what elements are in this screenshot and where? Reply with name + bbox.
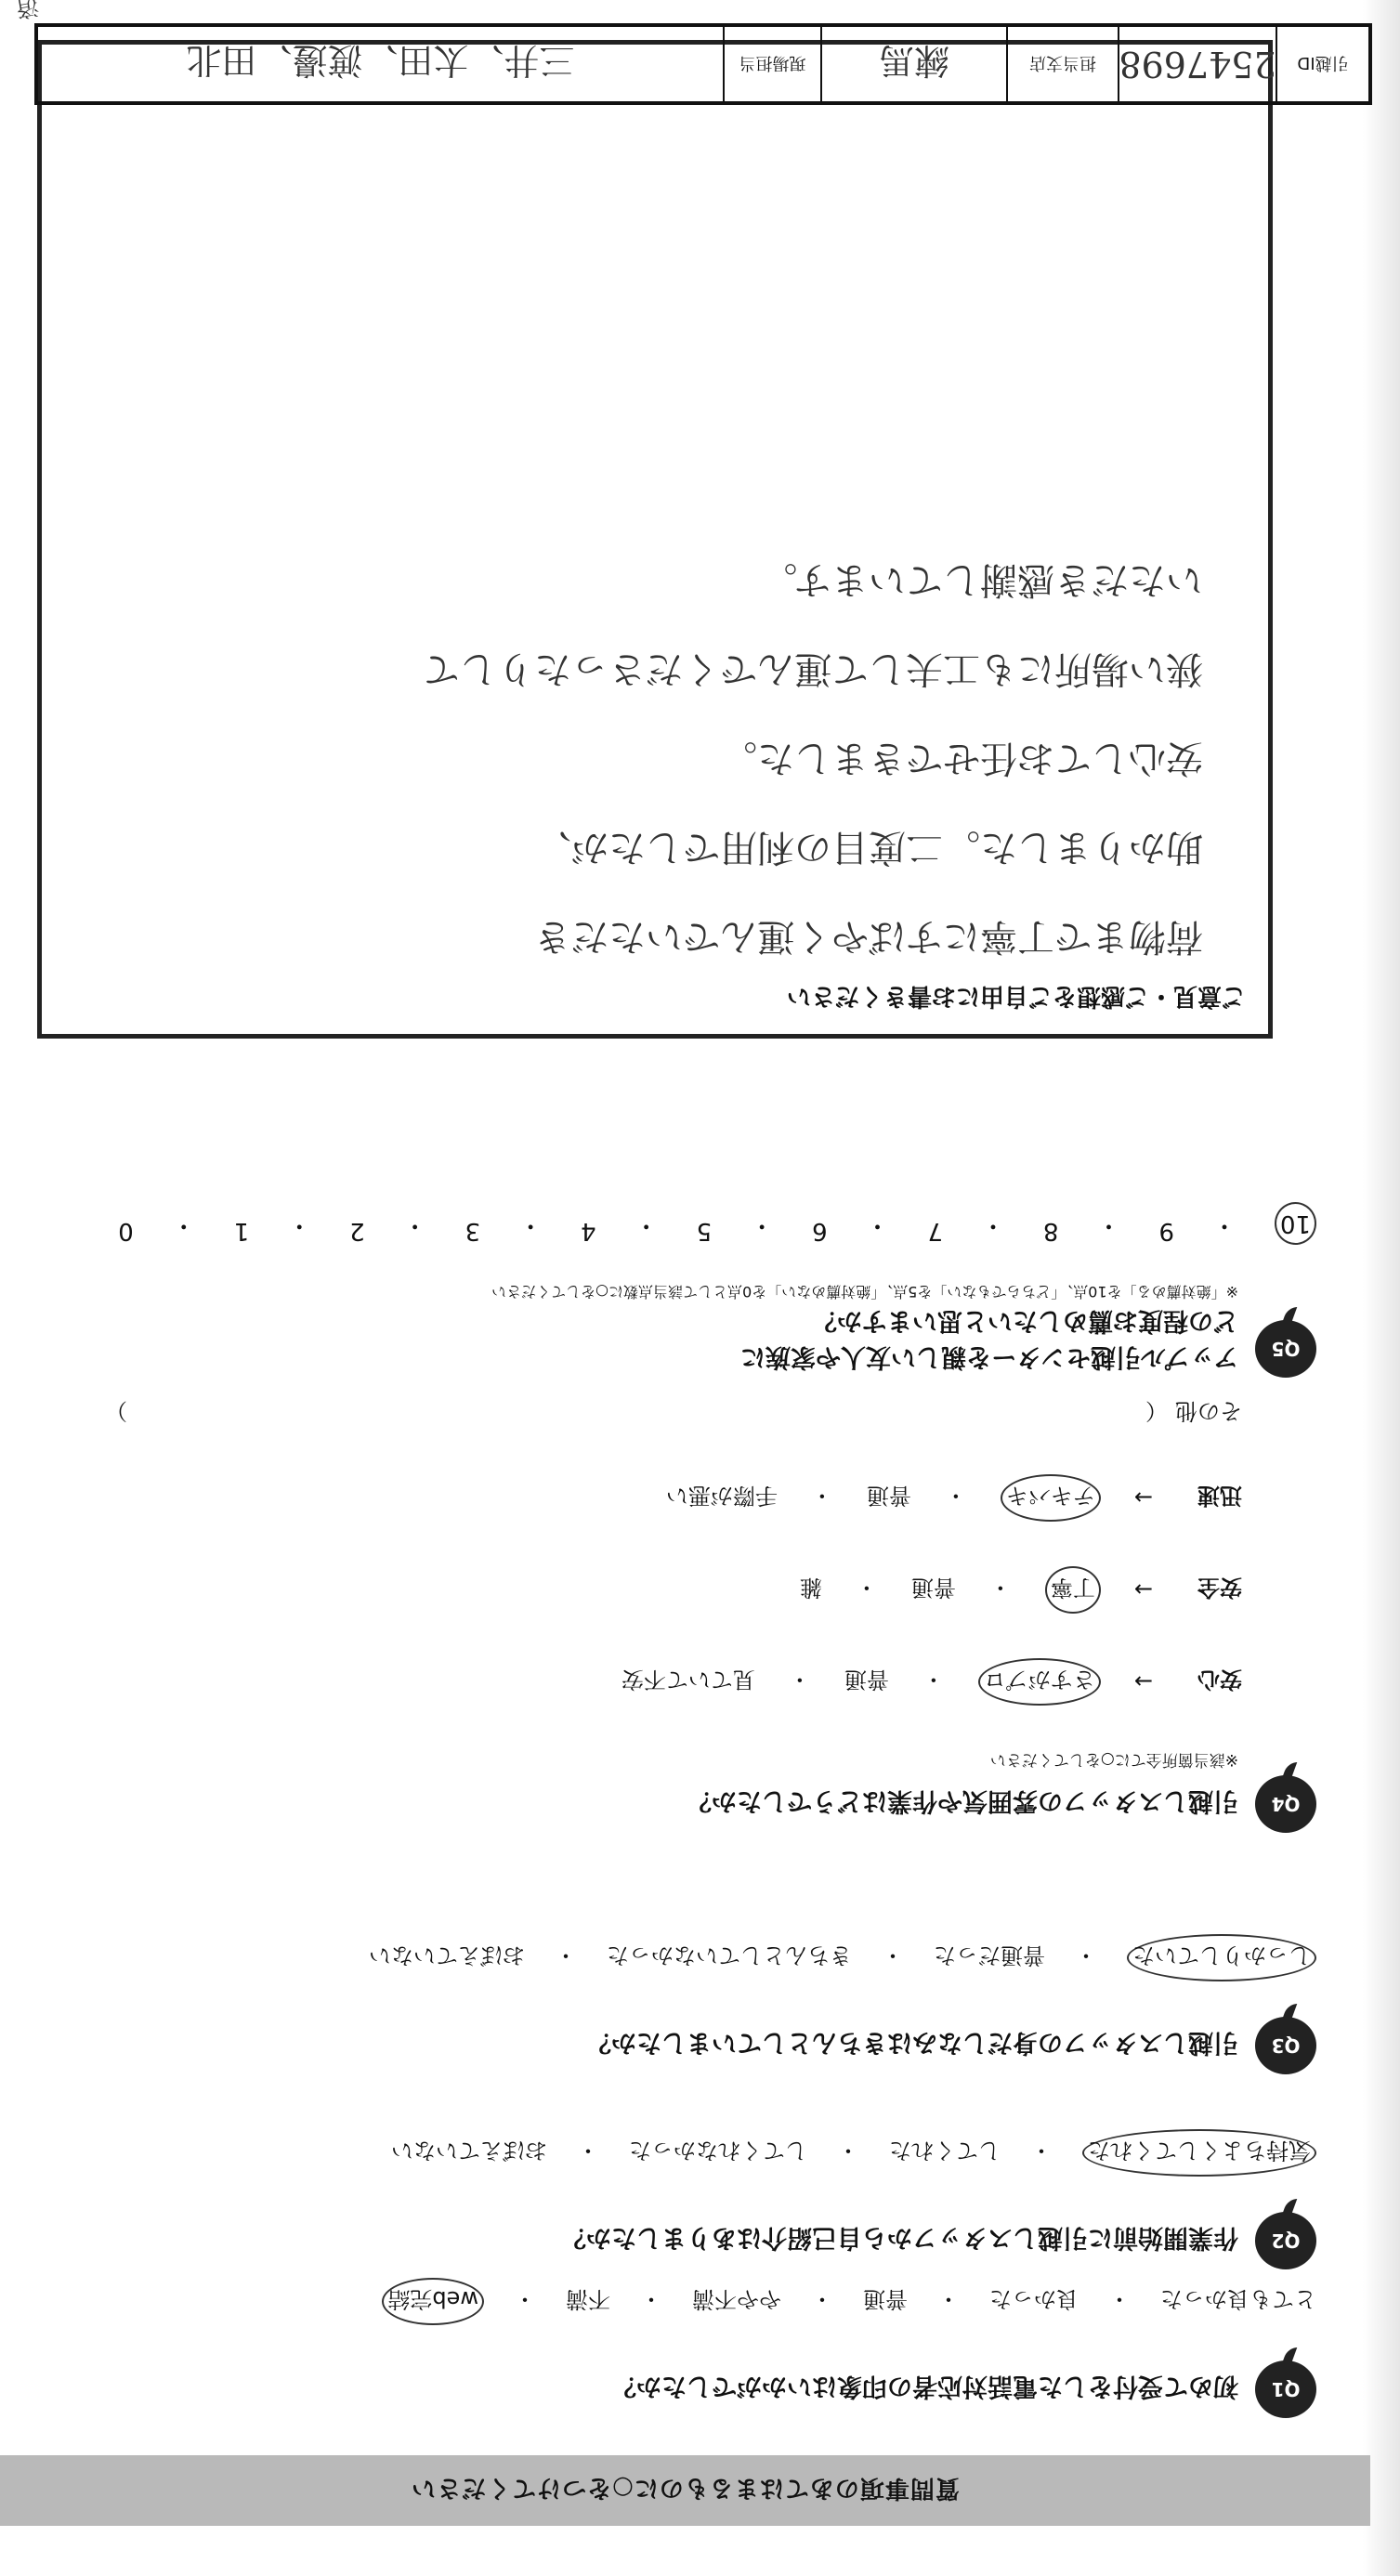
q4-badge-icon: Q4 [1255,1775,1316,1833]
q4-row-jinsoku: 迅速 → テキパキ・ 普通・ 手際が悪い [72,1474,1242,1522]
q5-note: ※「絶対薦める」を10点、「どちらでもない」を5点、「絶対薦めない」を0点として… [72,1282,1238,1303]
q2-text: 作業開始前に引越しスタッフから自己紹介はありましたか？ [561,2223,1238,2259]
q4-option[interactable]: 普通 [867,1482,911,1514]
q1-option[interactable]: 不満 [566,2285,610,2318]
q4-option-selected[interactable]: さすがプロ [978,1658,1101,1706]
q4-row-anshin: 安心 → さすがプロ・ 普通・ 見ていて不安 [72,1658,1242,1706]
q2-option[interactable]: してくれた [889,2137,1001,2169]
q5-score-selected[interactable]: 10 [1275,1202,1316,1245]
q3-option-selected[interactable]: しっかりしていた [1127,1934,1316,1981]
branch-label: 担当支店 [1006,27,1118,101]
comment-handwriting: 荷物まで丁寧にすばやく運んでいただき 助かりました。二度目の利用でしたが、 安心… [42,535,1268,981]
q3-option[interactable]: おぼえていない [369,1942,525,1974]
q4-option[interactable]: 普通 [911,1574,956,1606]
q5-score[interactable]: 4 [581,1202,596,1245]
q5-score[interactable]: 7 [928,1202,944,1245]
question-4: Q4 引越しスタッフの雰囲気や作業はどうでしたか？ ※該当箇所全てに○をしてくだ… [72,1397,1316,1833]
comment-box[interactable]: ご意見・ご感想をご自由にお書きください 荷物まで丁寧にすばやく運んでいただき 助… [37,40,1273,1039]
scan-edge [1363,0,1400,2576]
q2-option-selected[interactable]: 気持ちよくしてくれた [1082,2129,1316,2177]
q1-text: 初めて受付をした電話対応者の印象はいかがでしたか？ [611,2372,1238,2408]
q4-text: 引越しスタッフの雰囲気や作業はどうでしたか？ [687,1786,1238,1823]
q3-option[interactable]: 普通だった [934,1942,1045,1974]
staff-label: 現場担当 [723,27,820,101]
question-1: Q1 初めて受付をした電話対応者の印象はいかがでしたか？ とても良かった・ 良か… [72,2278,1316,2418]
q1-option[interactable]: とても良かった [1160,2285,1316,2318]
survey-sheet: 質問事項のあてはまるものに○をつけてください Q1 初めて受付をした電話対応者の… [0,0,1400,2576]
q3-text: 引越しスタッフの身だしなみはきちんとしていましたか？ [586,2028,1238,2064]
q3-badge-icon: Q3 [1255,2017,1316,2074]
q4-option[interactable]: 普通 [844,1666,889,1698]
q5-score[interactable]: 8 [1043,1202,1059,1245]
q4-option-selected[interactable]: 丁寧 [1045,1566,1101,1614]
q1-option[interactable]: 良かった [989,2285,1079,2318]
branch-value[interactable]: 練馬 [820,27,1006,101]
q5-badge-icon: Q5 [1255,1320,1316,1378]
q1-option[interactable]: やや不満 [692,2285,781,2318]
q5-score[interactable]: 3 [465,1202,481,1245]
question-2: Q2 作業開始前に引越しスタッフから自己紹介はありましたか？ 気持ちよくしてくれ… [72,2129,1316,2269]
q4-option-selected[interactable]: テキパキ [1001,1474,1101,1522]
q2-options: 気持ちよくしてくれた・ してくれた・ してくれなかった・ おぼえていない [72,2129,1316,2177]
q5-score[interactable]: 9 [1158,1202,1174,1245]
q5-score[interactable]: 2 [349,1202,365,1245]
q5-score[interactable]: 1 [234,1202,250,1245]
q1-badge-icon: Q1 [1255,2360,1316,2418]
instruction-band: 質問事項のあてはまるものに○をつけてください [0,2455,1370,2526]
comment-title: ご意見・ご感想をご自由にお書きください [42,981,1268,1034]
q4-note: ※該当箇所全てに○をしてください [72,1750,1238,1773]
q5-score[interactable]: 5 [697,1202,713,1245]
q2-badge-icon: Q2 [1255,2212,1316,2269]
q2-option[interactable]: おぼえていない [391,2137,547,2169]
q1-option[interactable]: 普通 [863,2285,908,2318]
q1-option-selected[interactable]: web完結 [382,2278,484,2325]
q3-options: しっかりしていた・ 普通だった・ きちんとしていなかった・ おぼえていない [72,1934,1316,1981]
staff-value[interactable]: 三井、太田、渡邊、田北 [38,27,723,101]
q4-other: その他 （ ） [72,1397,1242,1430]
question-5: Q5 アップル引越センターを親しい友人や家族に どの程度お薦めしたいと思いますか… [72,1202,1316,1378]
q2-option[interactable]: してくれなかった [629,2137,807,2169]
id-value[interactable]: 2547698 [1118,27,1276,101]
q4-row-anzen: 安全 → 丁寧・ 普通・ 雑 [72,1566,1242,1614]
q5-score[interactable]: 6 [812,1202,828,1245]
corner-scribble: 済 [14,0,42,28]
q1-options: とても良かった・ 良かった・ 普通・ やや不満・ 不満・ web完結 [72,2278,1316,2325]
question-3: Q3 引越しスタッフの身だしなみはきちんとしていましたか？ しっかりしていた・ … [72,1934,1316,2074]
q5-scale: 10・ 9・ 8・ 7・ 6・ 5・ 4・ 3・ 2・ 1・ 0 [118,1202,1316,1245]
header-table: 引越ID 2547698 担当支店 練馬 現場担当 三井、太田、渡邊、田北 [34,23,1372,105]
id-label: 引越ID [1276,27,1368,101]
q3-option[interactable]: きちんとしていなかった [607,1942,852,1974]
q4-option[interactable]: 手際が悪い [666,1482,778,1514]
q5-score[interactable]: 0 [118,1202,134,1245]
q4-option[interactable]: 見ていて不安 [621,1666,755,1698]
q4-option[interactable]: 雑 [800,1574,822,1606]
